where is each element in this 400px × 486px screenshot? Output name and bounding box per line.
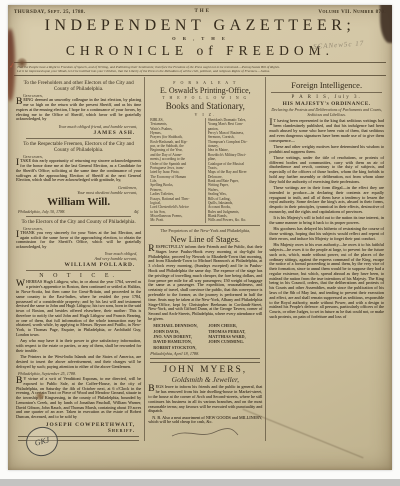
ordinance-paragraph: His goodness has delayed his hitherto of…: [269, 227, 384, 241]
double-rule: [150, 358, 260, 363]
divider-rule: [26, 216, 131, 217]
ordinance-paragraph: His Majesty owes to his own authority—he…: [269, 243, 384, 320]
notice-body-3: The Printers in the West-India Islands a…: [16, 355, 141, 369]
myers-nb: N. B. Also a neat assortment of NEW GOOD…: [148, 416, 262, 426]
divider-rule: [26, 270, 131, 271]
letter-body-pollard: ITHANK you very sincerely for your Votes…: [16, 231, 141, 250]
dateline: Philadelphia, July 30, 1788.: [18, 209, 65, 214]
pencil-checkmark: ✓: [8, 62, 15, 71]
scan-bed-strip: [0, 479, 400, 486]
notice-body-2: Any who may have it in their power to gi…: [16, 339, 141, 353]
dateline-row: Philadelphia, April 18, 1788.: [150, 351, 260, 356]
the-following-line: T H E F O L L O W I N G: [148, 96, 262, 100]
page-columns: To the Freeholders and other Electors of…: [13, 77, 387, 441]
pencil-initials: GKJ: [34, 435, 50, 447]
the-word: T H E: [194, 9, 209, 15]
motto: That the People have a Right to Freedom …: [14, 62, 386, 76]
ordinance-paragraph: It is his Majesty's will to hold out to …: [269, 216, 384, 226]
ordinance-paragraph: These and other weighty motives have det…: [269, 145, 384, 155]
stages-body: RESPECTFULLY inform their Friends and th…: [148, 245, 262, 322]
drop-cap: B: [148, 385, 154, 393]
books-stationary-title: Books and Stationary,: [148, 101, 262, 111]
myers-body: BEGS leave to inform his friends and the…: [148, 385, 262, 414]
letter-closing: Your much obliged friend, and humble ser…: [16, 124, 137, 129]
newspaper-title: INDEPENDENT GAZETTEER;: [14, 17, 386, 35]
stages-proprietors-line: The Proprietors of the New-York and Phil…: [148, 228, 262, 233]
paris-dateline: P A R I S, July 3.: [269, 95, 384, 100]
address-heading-pollard: To the Electors of the City and County o…: [16, 219, 141, 225]
drop-cap: R: [148, 245, 154, 253]
divider-rule: [150, 225, 260, 226]
oswald-office-title: E. Oswald's Printing-Office,: [148, 86, 262, 95]
john-myers-title: JOHN MYERS,: [148, 365, 262, 375]
new-line-of-stages-title: New Line of Stages.: [148, 234, 262, 244]
letter-closing: Your most obedient humble servant,: [16, 190, 137, 195]
names-right: JOHN CHEER, THOMAS PEREAT, MATTHIAS WARD…: [205, 323, 260, 350]
ordinance-paragraph: Those writings, under the title of resol…: [269, 156, 384, 185]
divider-rule: [26, 138, 131, 139]
address-heading-ash: To the Freeholders and other Electors of…: [16, 80, 141, 92]
drop-cap: I: [16, 159, 19, 167]
or-the-line: O R , T H E: [14, 36, 386, 41]
letter-closing: And very humble servant,: [16, 256, 137, 261]
letter-body-ash: BEING deemed an unworthy colleague in th…: [16, 98, 141, 122]
issue-date: THURSDAY, Sept. 25, 1788.: [14, 9, 85, 15]
drop-cap: I: [269, 119, 272, 127]
drop-cap: I: [16, 231, 19, 239]
column-right: Foreign Intelligence. P A R I S, July 3.…: [265, 77, 387, 441]
book-list: BIBLES, Testaments, Watts's Psalms, Hymn…: [148, 118, 262, 223]
foreign-intelligence-heading: Foreign Intelligence.: [269, 80, 384, 90]
column-left: To the Freeholders and other Electors of…: [13, 77, 144, 441]
address-heading-will: To the Respectable Freemen, Electors of …: [16, 141, 141, 153]
ad-reference: 4tf.: [134, 209, 139, 214]
masthead: THURSDAY, Sept. 25, 1788. T H E Volume V…: [8, 5, 392, 76]
signature-william-will: William Will.: [16, 196, 141, 208]
book-list-column-2: Sheridan's Dramatic Tales, Young Man's B…: [205, 118, 263, 223]
drop-cap: W: [16, 280, 25, 288]
column-middle: F O R S A L E A T E. Oswald's Printing-O…: [144, 77, 265, 441]
stages-proprietor-names: MICHAEL DENNISON, JOHN DAVIS, JNO. VAN D…: [150, 323, 260, 350]
signature-william-pollard: WILLIAM POLLARD.: [16, 262, 135, 268]
ordinance-title: HIS MAJESTY's ORDINANCE.: [269, 101, 384, 107]
ordinance-subtitle: Declaring the Protests and Deliberations…: [269, 108, 384, 118]
motto-line-2: Let it be impressed upon your Minds, let…: [17, 69, 383, 73]
newspaper-page: ✓ THURSDAY, Sept. 25, 1788. T H E Volume…: [8, 5, 392, 470]
for-sale-at-line: F O R S A L E A T: [148, 80, 262, 85]
dateline-row: Philadelphia, July 30, 1788. 4tf.: [18, 209, 139, 214]
letter-body-will: ITAKE this early opportunity of returnin…: [16, 159, 141, 183]
book-list-column-1: BIBLES, Testaments, Watts's Psalms, Hymn…: [148, 118, 205, 223]
viz-line: V I Z.: [148, 112, 262, 117]
names-left: MICHAEL DENNISON, JOHN DAVIS, JNO. VAN D…: [150, 323, 205, 350]
drop-cap: B: [16, 377, 22, 385]
ordinance-paragraph: These writings are in their form illegal…: [269, 186, 384, 215]
sheriff-sale-body: BY virtue of a writ of Venditioni Expona…: [16, 377, 141, 420]
drop-cap: B: [16, 98, 22, 106]
dateline: Philadelphia, April 18, 1788.: [150, 351, 199, 356]
handwritten-flourish: [170, 427, 240, 439]
divider-rule: [271, 92, 382, 93]
signature-james-ash: JAMES ASH.: [16, 130, 135, 136]
ordinance-paragraph: IT having been represented to the king t…: [269, 119, 384, 143]
notice-body: WHEREAS Hugh Lithgow, who, in or about t…: [16, 280, 141, 337]
volume-number: Volume VII. Number 870.: [318, 9, 386, 15]
